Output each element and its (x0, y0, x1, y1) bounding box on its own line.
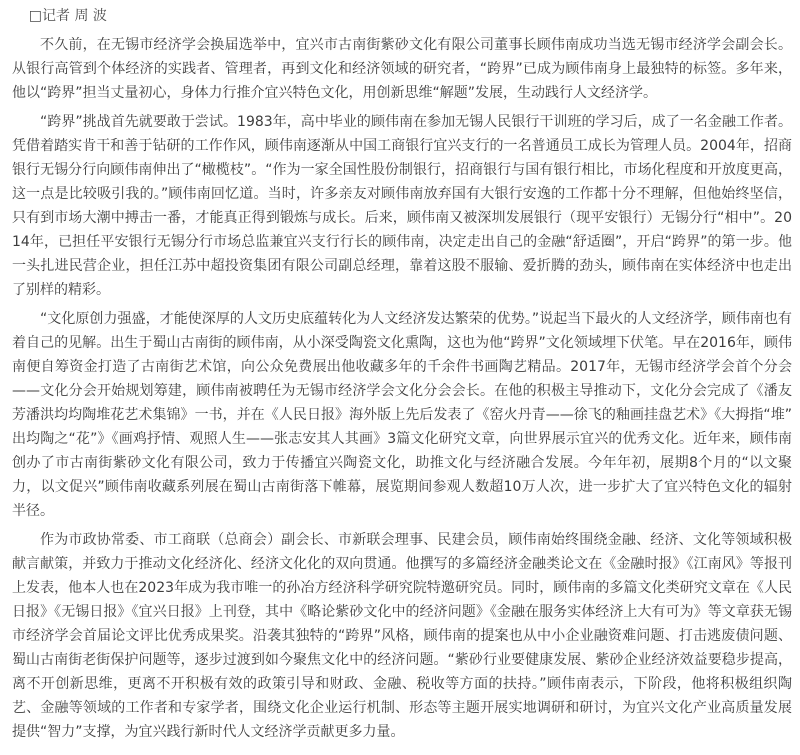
article-paragraph: 作为市政协常委、市工商联（总商会）副会长、市新联会理事、民建会员，顾伟南始终围绕… (12, 528, 792, 744)
article-paragraph: 不久前，在无锡市经济学会换届选举中，宜兴市古南街紫砂文化有限公司董事长顾伟南成功… (12, 33, 792, 105)
article-paragraph: “文化原创力强盛，才能使深厚的人文历史底蕴转化为人文经济发达繁荣的优势。”说起当… (12, 307, 792, 523)
article-paragraph: “跨界”挑战首先就要敢于尝试。1983年，高中毕业的顾伟南在参加无锡人民银行干训… (12, 110, 792, 302)
article-byline: □记者 周 波 (12, 4, 792, 28)
article-page: □记者 周 波 不久前，在无锡市经济学会换届选举中，宜兴市古南街紫砂文化有限公司… (0, 0, 800, 755)
